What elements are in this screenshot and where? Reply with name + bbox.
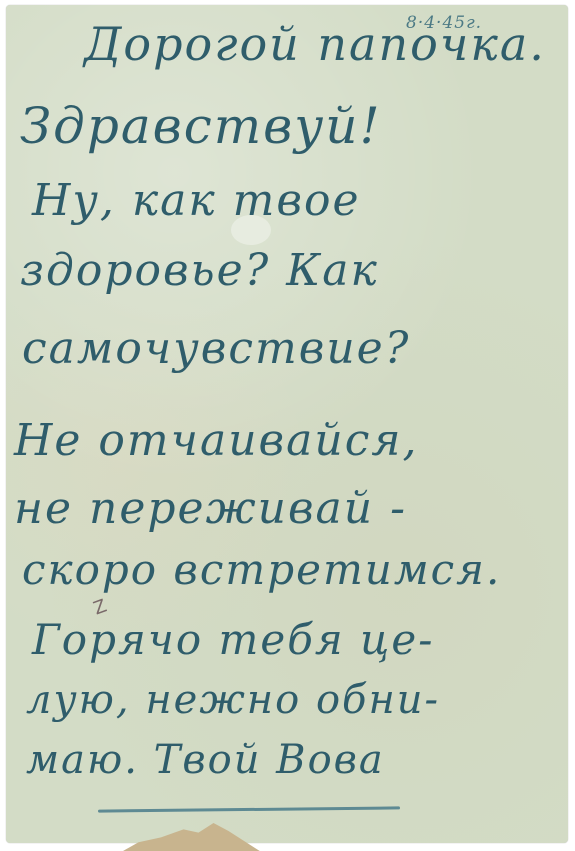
handwritten-line-5: самочувствие? bbox=[22, 323, 410, 374]
postcard-back: 8·4·45г. Дорогой папочка. Здравствуй! Ну… bbox=[6, 5, 568, 843]
handwritten-line-8: скоро встретимся. bbox=[22, 545, 501, 594]
handwritten-line-9: Горячо тебя це- bbox=[32, 615, 434, 664]
handwritten-line-1: Дорогой папочка. bbox=[84, 17, 546, 71]
handwritten-line-10: лую, нежно обни- bbox=[26, 677, 440, 723]
handwritten-line-4: здоровье? Как bbox=[20, 245, 379, 296]
signature-underline bbox=[98, 806, 400, 812]
handwritten-line-7: не переживай - bbox=[14, 483, 407, 534]
torn-paper-patch bbox=[116, 823, 266, 851]
handwritten-line-6: Не отчаивайся, bbox=[14, 415, 419, 466]
handwritten-line-2: Здравствуй! bbox=[20, 97, 382, 155]
handwritten-line-11: маю. Твой Вова bbox=[26, 737, 385, 783]
handwritten-line-3: Ну, как твое bbox=[32, 175, 361, 226]
